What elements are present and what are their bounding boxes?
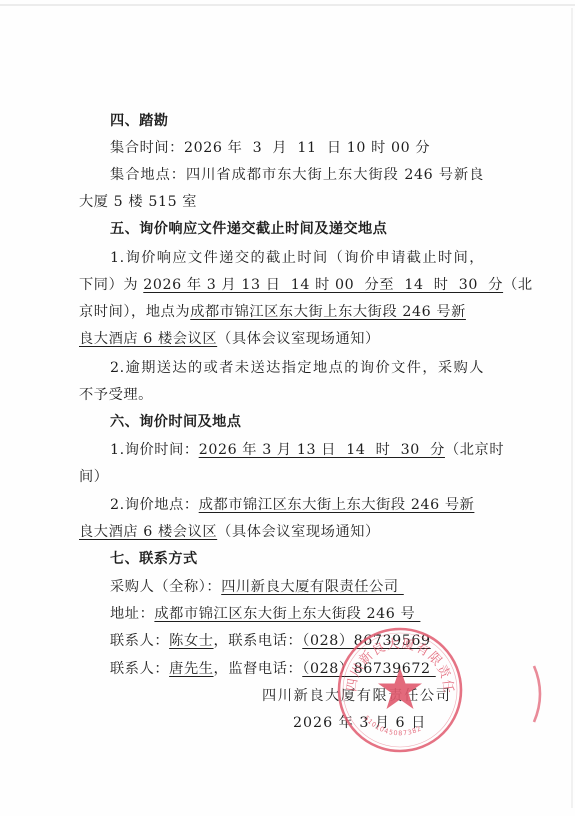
- meet-place-line-2: 大厦 5 楼 515 室: [79, 192, 484, 212]
- contact-1-label: 联系人：: [110, 633, 169, 649]
- s6-p1-line1: 1.询价时间：2026 年 3 月 13 日 14 时 30 分（北京时: [110, 440, 484, 460]
- submission-deadline: 2026 年 3 月 13 日 14 时 00 分至 14 时 30 分: [143, 277, 503, 293]
- s5-p2-line1: 2.逾期送达的或者未送达指定地点的询价文件，采购人: [110, 358, 484, 378]
- submission-place-cont: 良大酒店 6 楼会议区: [79, 331, 217, 347]
- page-top-edge: [0, 4, 575, 6]
- submission-place: 成都市锦江区东大街上东大街段 246 号新: [190, 304, 466, 320]
- s6-p1-line2: 间）: [79, 467, 484, 487]
- contact-1-line: 联系人：陈女士，联系电话：（028）86739569: [110, 631, 484, 651]
- inquiry-time: 2026 年 3 月 13 日 14 时 30 分: [199, 442, 445, 458]
- partial-seal-edge-icon: [530, 664, 550, 724]
- inquiry-place: 成都市锦江区东大街上东大街段 246 号新: [199, 497, 475, 513]
- s5-p1-line1: 1.询价响应文件递交的截止时间（询价申请截止时间，: [110, 248, 484, 268]
- section-7-heading: 七、联系方式: [110, 549, 484, 569]
- purchaser-label: 采购人（全称）：: [110, 579, 221, 595]
- section-4-heading: 四、踏勘: [110, 111, 484, 131]
- s5-p1-line3-prefix: 京时间），地点为: [79, 304, 190, 320]
- contact-1-phone: （028）86739569: [302, 633, 430, 649]
- s5-p1-line2: 下同）为 2026 年 3 月 13 日 14 时 00 分至 14 时 30 …: [79, 275, 484, 295]
- purchaser-line: 采购人（全称）：四川新良大厦有限责任公司: [110, 577, 484, 597]
- inquiry-place-label: 2.询价地点：: [110, 497, 199, 513]
- inquiry-time-label: 1.询价时间：: [110, 442, 199, 458]
- section-6-heading: 六、询价时间及地点: [110, 412, 484, 432]
- contact-2-label: 联系人：: [110, 661, 169, 677]
- address-label: 地址：: [110, 606, 154, 622]
- document-page: 四、踏勘 集合时间：2026 年 3 月 11 日 10 时 00 分 集合地点…: [0, 0, 575, 816]
- s5-p1-line4-suffix: （具体会议室现场通知）: [217, 331, 380, 347]
- purchaser-name: 四川新良大厦有限责任公司: [221, 579, 404, 595]
- s5-p1-suffix: （北: [503, 277, 533, 293]
- meet-place-label: 集合地点：: [110, 167, 186, 183]
- s5-p2-line2: 不予受理。: [79, 385, 484, 405]
- meet-time-label: 集合时间：: [110, 140, 184, 156]
- meet-place-value: 四川省成都市东大街上东大街段 246 号新良: [186, 167, 484, 183]
- s5-p1-line4: 良大酒店 6 楼会议区（具体会议室现场通知）: [79, 329, 484, 349]
- contact-2-phone-label: ，监督电话：: [214, 661, 303, 677]
- signature-company: 四川新良大厦有限责任公司: [262, 686, 451, 706]
- contact-1-phone-label: ，联系电话：: [214, 633, 303, 649]
- contact-1-name: 陈女士: [169, 633, 213, 649]
- meet-time-line: 集合时间：2026 年 3 月 11 日 10 时 00 分: [110, 138, 484, 158]
- s6-p2-line2: 良大酒店 6 楼会议区（具体会议室现场通知）: [79, 522, 484, 542]
- contact-2-phone: （028）86739672: [302, 661, 435, 677]
- page-right-edge: [571, 8, 573, 808]
- inquiry-time-suffix: （北京时: [445, 442, 504, 458]
- signature-date: 2026 年 3 月 6 日: [293, 713, 426, 733]
- s5-p1-line3: 京时间），地点为成都市锦江区东大街上东大街段 246 号新: [79, 302, 484, 322]
- meet-time-value: 2026 年 3 月 11 日 10 时 00 分: [184, 140, 430, 156]
- contact-2-name: 唐先生: [169, 661, 213, 677]
- address-value: 成都市锦江区东大街上东大街段 246 号: [154, 606, 420, 622]
- s5-p1-prefix: 下同）为: [79, 277, 138, 293]
- address-line: 地址：成都市锦江区东大街上东大街段 246 号: [110, 604, 484, 624]
- inquiry-place-suffix: （具体会议室现场通知）: [217, 524, 380, 540]
- contact-2-line: 联系人：唐先生，监督电话：（028）86739672: [110, 659, 484, 679]
- section-5-heading: 五、询价响应文件递交截止时间及递交地点: [110, 219, 484, 239]
- s6-p2-line1: 2.询价地点：成都市锦江区东大街上东大街段 246 号新: [110, 495, 484, 515]
- meet-place-line: 集合地点：四川省成都市东大街上东大街段 246 号新良: [110, 165, 484, 185]
- inquiry-place-cont: 良大酒店 6 楼会议区: [79, 524, 217, 540]
